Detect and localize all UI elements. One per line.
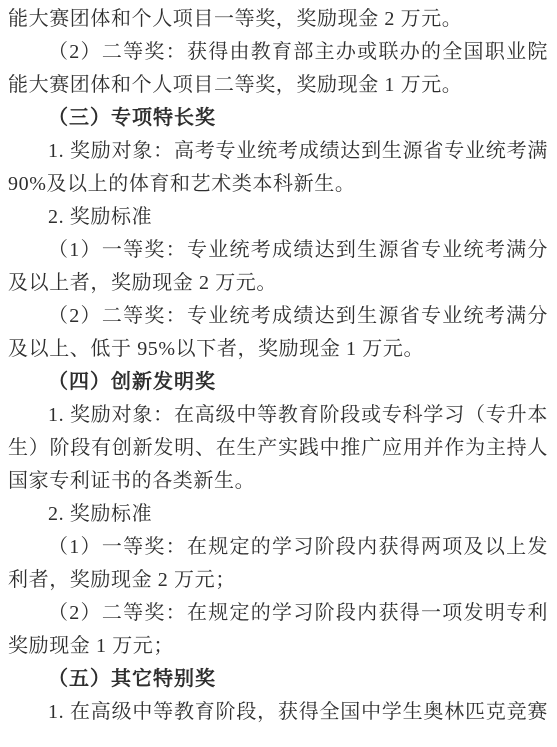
document-page: 能大赛团体和个人项目一等奖，奖励现金 2 万元。 （2）二等奖：获得由教育部主办… [0, 0, 557, 747]
text-line: 利者，奖励现金 2 万元； [8, 564, 548, 597]
text-line: （1）一等奖：专业统考成绩达到生源省专业统考满分 95% [8, 234, 548, 267]
text-line: 国家专利证书的各类新生。 [8, 465, 548, 498]
text-line: 能大赛团体和个人项目一等奖，奖励现金 2 万元。 [8, 3, 548, 36]
text-line: 奖励现金 1 万元； [8, 630, 548, 663]
text-line: 2. 奖励标准 [8, 201, 548, 234]
text-line: 1. 奖励对象：在高级中等教育阶段或专科学习（专升本考 [8, 399, 548, 432]
section-heading: （四）创新发明奖 [8, 366, 548, 399]
text-line: （2）二等奖：在规定的学习阶段内获得一项发明专利者， [8, 597, 548, 630]
section-heading: （三）专项特长奖 [8, 102, 548, 135]
section-heading: （五）其它特别奖 [8, 663, 548, 696]
text-line: 1. 在高级中等教育阶段，获得全国中学生奥林匹克竞赛决 [8, 696, 548, 729]
text-line: 生）阶段有创新发明、在生产实践中推广应用并作为主持人获得 [8, 432, 548, 465]
text-line: 及以上者，奖励现金 2 万元。 [8, 267, 548, 300]
text-line: （2）二等奖：专业统考成绩达到生源省专业统考满分 90% [8, 300, 548, 333]
text-line: 90%及以上的体育和艺术类本科新生。 [8, 168, 548, 201]
text-line: 2. 奖励标准 [8, 498, 548, 531]
text-line: （2）二等奖：获得由教育部主办或联办的全国职业院校技 [8, 36, 548, 69]
text-line: 及以上、低于 95%以下者，奖励现金 1 万元。 [8, 333, 548, 366]
text-line: （1）一等奖：在规定的学习阶段内获得两项及以上发明专 [8, 531, 548, 564]
text-line: 能大赛团体和个人项目二等奖，奖励现金 1 万元。 [8, 69, 548, 102]
text-line: 1. 奖励对象：高考专业统考成绩达到生源省专业统考满分 [8, 135, 548, 168]
